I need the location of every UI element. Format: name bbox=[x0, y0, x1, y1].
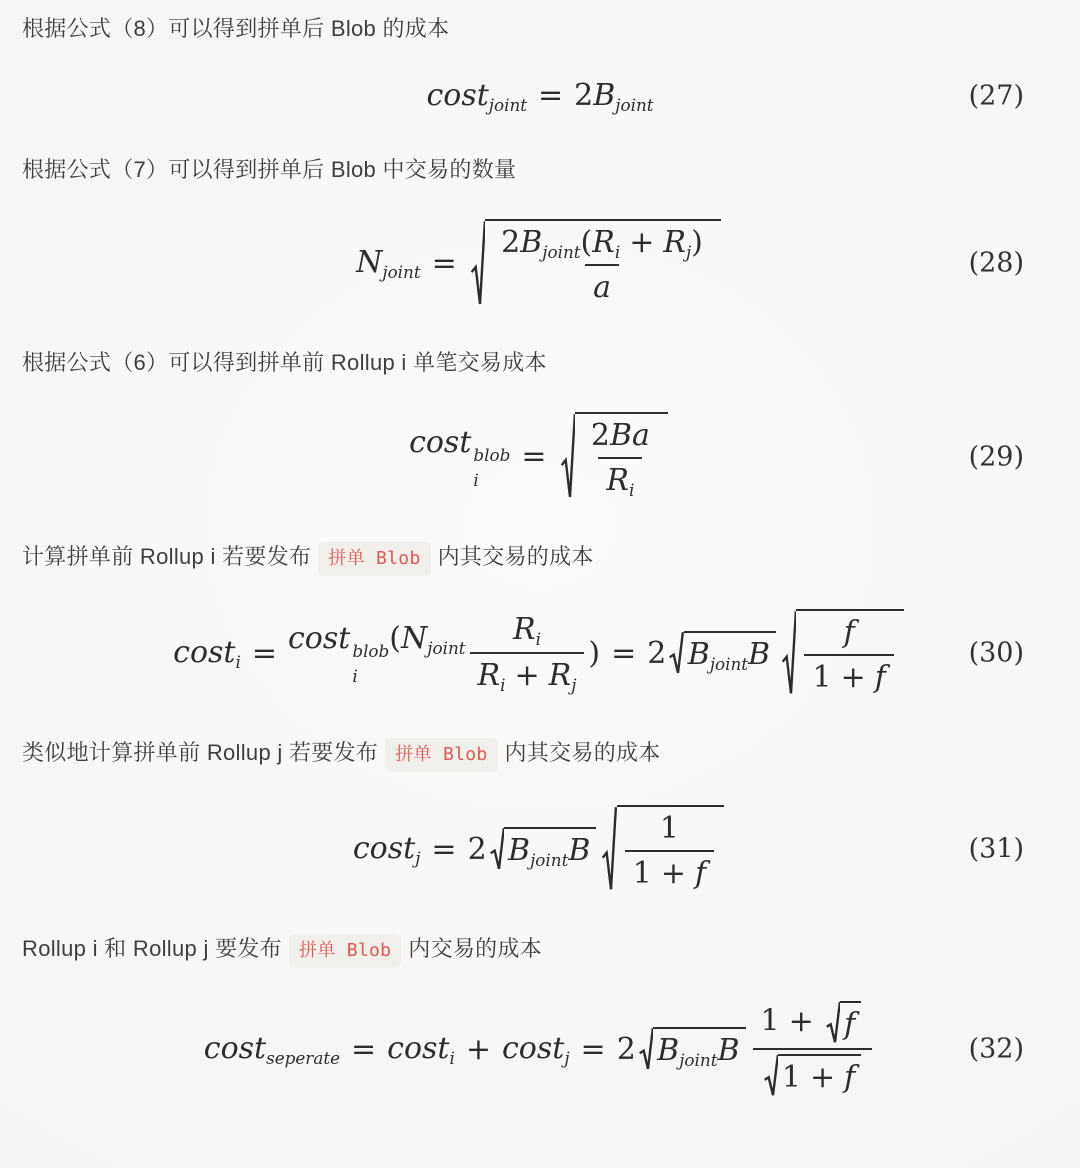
math-var: f bbox=[844, 1007, 855, 1042]
equation-row-28: Njoint = 2Bjoint(Ri+Rj) a (28) bbox=[22, 219, 1058, 308]
equation-29: costblobi = 2Ba Ri bbox=[409, 412, 671, 501]
math-num: 1 bbox=[660, 811, 679, 846]
fraction-numerator: f bbox=[836, 615, 863, 654]
fraction-numerator: 1 bbox=[652, 811, 687, 850]
sqrt-radicand: 2Ba Ri bbox=[575, 412, 668, 501]
math-num: 2 bbox=[617, 1032, 636, 1067]
math-sub: joint bbox=[530, 850, 568, 870]
math-var: R bbox=[606, 463, 629, 498]
math-sup: blob bbox=[352, 643, 389, 660]
math-var: B bbox=[688, 637, 710, 672]
equation-number: (28) bbox=[969, 248, 1024, 279]
math-num: 1 bbox=[782, 1060, 801, 1095]
math-term: costj bbox=[353, 831, 421, 867]
math-sub: i bbox=[473, 472, 478, 489]
math-op: = bbox=[581, 1032, 606, 1067]
sqrt-radical-icon bbox=[639, 1027, 653, 1071]
math-supsub: blobi bbox=[473, 447, 510, 489]
math-var: R bbox=[549, 658, 572, 693]
paragraph-4: 计算拼单前 Rollup i 若要发布拼单 Blob内其交易的成本 bbox=[22, 540, 1058, 576]
inline-code-chip: 拼单 Blob bbox=[318, 542, 430, 576]
math-paren: ( bbox=[581, 225, 593, 260]
math-op: = bbox=[538, 78, 563, 113]
equation-row-32: costseperate = costi + costj = 2 BjointB… bbox=[22, 1001, 1058, 1097]
math-num: 2 bbox=[501, 225, 520, 260]
fraction: 1 1+f bbox=[625, 811, 714, 891]
math-num: 2 bbox=[647, 636, 666, 671]
math-term: costjoint bbox=[426, 78, 527, 114]
math-paren: ) bbox=[691, 225, 703, 260]
math-supsub: blobi bbox=[352, 643, 389, 685]
paragraph-text: 内交易的成本 bbox=[408, 936, 542, 961]
paragraph-5: 类似地计算拼单前 Rollup j 若要发布拼单 Blob内其交易的成本 bbox=[22, 736, 1058, 772]
sqrt-radicand: 1 1+f bbox=[617, 805, 724, 893]
math-sub: i bbox=[629, 480, 634, 500]
math-term: costseperate bbox=[204, 1031, 340, 1067]
square-root: 1+f bbox=[764, 1054, 862, 1097]
equation-28: Njoint = 2Bjoint(Ri+Rj) a bbox=[356, 219, 724, 308]
math-op: + bbox=[466, 1032, 491, 1067]
math-sub: joint bbox=[679, 1050, 717, 1070]
sqrt-radicand: 2Bjoint(Ri+Rj) a bbox=[485, 219, 721, 308]
paragraph-text: 根据公式（8）可以得到拼单后 Blob 的成本 bbox=[22, 16, 449, 41]
math-var: a bbox=[632, 418, 650, 453]
math-op: = bbox=[611, 636, 636, 671]
sqrt-radicand: BjointB bbox=[504, 827, 596, 871]
math-term: 2Bjoint bbox=[574, 78, 653, 114]
math-term: costblobi(Njoint bbox=[288, 621, 466, 685]
math-op: = bbox=[431, 832, 456, 867]
math-var: cost bbox=[502, 1031, 564, 1066]
math-var: B bbox=[748, 637, 770, 672]
math-var: cost bbox=[173, 635, 235, 670]
paragraph-text: 内其交易的成本 bbox=[438, 544, 594, 569]
math-var: B bbox=[610, 418, 632, 453]
square-root: f 1+f bbox=[782, 609, 904, 697]
math-op: = bbox=[521, 439, 546, 474]
fraction-numerator: 2Ba bbox=[583, 418, 658, 457]
math-var: R bbox=[663, 225, 686, 260]
sqrt-radical-icon bbox=[764, 1054, 778, 1097]
equation-31: costj = 2 BjointB 1 1+f bbox=[353, 805, 727, 893]
fraction: 1+f 1+f bbox=[753, 1001, 873, 1097]
math-sub: joint bbox=[427, 638, 465, 658]
square-root: 1 1+f bbox=[602, 805, 724, 893]
math-sub: i bbox=[352, 668, 357, 685]
math-paren: ) bbox=[588, 636, 600, 671]
paragraph-2: 根据公式（7）可以得到拼单后 Blob 中交易的数量 bbox=[22, 153, 1058, 186]
paragraph-text: 计算拼单前 Rollup i 若要发布 bbox=[22, 544, 311, 569]
math-sub: i bbox=[615, 242, 620, 262]
math-var: cost bbox=[426, 78, 488, 113]
math-sub: joint bbox=[615, 95, 653, 115]
math-var: B bbox=[568, 833, 590, 868]
math-var: N bbox=[356, 245, 382, 280]
math-paren: ) bbox=[588, 636, 600, 671]
math-var: B bbox=[657, 1033, 679, 1068]
math-var: f bbox=[695, 856, 706, 891]
math-var: cost bbox=[353, 831, 415, 866]
math-sub: i bbox=[235, 652, 240, 672]
math-op: = bbox=[351, 1032, 376, 1067]
sqrt-radicand: f bbox=[840, 1001, 861, 1044]
math-var: a bbox=[593, 270, 611, 305]
equation-row-27: costjoint = 2Bjoint (27) bbox=[22, 78, 1058, 114]
sqrt-radicand: BjointB bbox=[653, 1027, 745, 1071]
fraction-numerator: Ri bbox=[505, 612, 549, 652]
sqrt-radical-icon bbox=[602, 805, 616, 893]
math-num: 1 bbox=[633, 856, 652, 891]
equation-number: (30) bbox=[969, 638, 1024, 669]
math-op: = bbox=[252, 636, 277, 671]
math-sub: joint bbox=[489, 95, 527, 115]
fraction: 2Bjoint(Ri+Rj) a bbox=[493, 225, 711, 306]
equation-number: (29) bbox=[969, 441, 1024, 472]
square-root: BjointB bbox=[490, 827, 597, 871]
math-var: cost bbox=[387, 1031, 449, 1066]
math-var: R bbox=[592, 225, 615, 260]
math-term: costi bbox=[173, 635, 241, 671]
fraction-denominator: 1+f bbox=[804, 654, 893, 695]
equation-27: costjoint = 2Bjoint bbox=[426, 78, 653, 114]
math-var: B bbox=[520, 225, 542, 260]
sqrt-radicand: 1+f bbox=[778, 1054, 861, 1097]
equation-32: costseperate = costi + costj = 2 BjointB… bbox=[204, 1001, 876, 1097]
math-op: + bbox=[789, 1004, 814, 1039]
fraction: 2Ba Ri bbox=[583, 418, 658, 499]
paragraph-text: 根据公式（7）可以得到拼单后 Blob 中交易的数量 bbox=[22, 157, 516, 182]
math-term: costblobi bbox=[409, 425, 510, 489]
paragraph-text: 根据公式（6）可以得到拼单前 Rollup i 单笔交易成本 bbox=[22, 350, 547, 375]
math-var: f bbox=[844, 615, 855, 650]
sqrt-radical-icon bbox=[471, 219, 485, 308]
math-sub: seperate bbox=[266, 1048, 340, 1068]
equation-number: (27) bbox=[969, 80, 1024, 111]
math-sub: j bbox=[415, 848, 420, 868]
math-var: f bbox=[844, 1060, 855, 1095]
math-sup: blob bbox=[473, 447, 510, 464]
math-term: Njoint bbox=[356, 245, 420, 281]
fraction-numerator: 2Bjoint(Ri+Rj) bbox=[493, 225, 711, 265]
math-num: 2 bbox=[647, 636, 666, 671]
math-sub: i bbox=[536, 629, 541, 649]
math-sub: joint bbox=[542, 242, 580, 262]
math-var: B bbox=[717, 1033, 739, 1068]
equation-row-29: costblobi = 2Ba Ri (29) bbox=[22, 412, 1058, 501]
math-term: costi bbox=[387, 1031, 455, 1067]
fraction-denominator: 1+f bbox=[753, 1048, 873, 1097]
math-sub: j bbox=[571, 675, 576, 695]
math-var: f bbox=[875, 660, 886, 695]
math-sub: i bbox=[449, 1048, 454, 1068]
math-num: 2 bbox=[574, 78, 593, 113]
math-var: R bbox=[478, 658, 501, 693]
fraction-denominator: Ri+Rj bbox=[470, 652, 585, 694]
math-var: cost bbox=[409, 425, 471, 460]
math-var: cost bbox=[204, 1031, 266, 1066]
math-num: 2 bbox=[591, 418, 610, 453]
math-sub: joint bbox=[382, 262, 420, 282]
math-op: + bbox=[661, 856, 686, 891]
math-num: 2 bbox=[617, 1032, 636, 1067]
math-var: R bbox=[513, 612, 536, 647]
equation-row-30: costi = costblobi(Njoint Ri Ri+Rj ) = 2 … bbox=[22, 609, 1058, 697]
math-var: N bbox=[401, 621, 427, 656]
math-num: 1 bbox=[761, 1004, 780, 1039]
square-root: 2Bjoint(Ri+Rj) a bbox=[471, 219, 721, 308]
paragraph-text: 内其交易的成本 bbox=[505, 740, 661, 765]
sqrt-radical-icon bbox=[826, 1001, 840, 1044]
paragraph-1: 根据公式（8）可以得到拼单后 Blob 的成本 bbox=[22, 12, 1058, 45]
article-content: 根据公式（8）可以得到拼单后 Blob 的成本 costjoint = 2Bjo… bbox=[0, 0, 1080, 1097]
fraction-denominator: 1+f bbox=[625, 850, 714, 891]
inline-code-chip: 拼单 Blob bbox=[289, 934, 401, 968]
equation-30: costi = costblobi(Njoint Ri Ri+Rj ) = 2 … bbox=[173, 609, 907, 697]
sqrt-radical-icon bbox=[490, 827, 504, 871]
paragraph-6: Rollup i 和 Rollup j 要发布拼单 Blob内交易的成本 bbox=[22, 932, 1058, 968]
fraction: f 1+f bbox=[804, 615, 893, 695]
square-root: 2Ba Ri bbox=[561, 412, 668, 501]
equation-number: (32) bbox=[969, 1034, 1024, 1065]
square-root: BjointB bbox=[669, 631, 776, 675]
math-op: + bbox=[629, 225, 654, 260]
math-op: = bbox=[432, 246, 457, 281]
math-var: cost bbox=[288, 621, 350, 656]
math-var: B bbox=[593, 78, 615, 113]
equation-number: (31) bbox=[969, 834, 1024, 865]
math-num: 1 bbox=[812, 660, 831, 695]
math-term: costj bbox=[502, 1031, 570, 1067]
math-paren: ( bbox=[389, 621, 401, 656]
math-sub: joint bbox=[710, 654, 748, 674]
fraction-denominator: Ri bbox=[598, 457, 642, 499]
paragraph-text: Rollup i 和 Rollup j 要发布 bbox=[22, 936, 282, 961]
math-num: 2 bbox=[468, 832, 487, 867]
equation-row-31: costj = 2 BjointB 1 1+f (31) bbox=[22, 805, 1058, 893]
square-root: f bbox=[826, 1001, 862, 1044]
math-var: B bbox=[508, 833, 530, 868]
math-sub: i bbox=[500, 675, 505, 695]
fraction-numerator: 1+f bbox=[753, 1001, 873, 1048]
sqrt-radical-icon bbox=[782, 609, 796, 697]
inline-code-chip: 拼单 Blob bbox=[385, 738, 497, 772]
math-op: + bbox=[810, 1060, 835, 1095]
math-num: 2 bbox=[468, 832, 487, 867]
math-op: + bbox=[514, 658, 539, 693]
paragraph-3: 根据公式（6）可以得到拼单前 Rollup i 单笔交易成本 bbox=[22, 346, 1058, 379]
fraction-denominator: a bbox=[585, 264, 619, 305]
sqrt-radical-icon bbox=[561, 412, 575, 501]
square-root: BjointB bbox=[639, 1027, 746, 1071]
sqrt-radicand: BjointB bbox=[684, 631, 776, 675]
paragraph-text: 类似地计算拼单前 Rollup j 若要发布 bbox=[22, 740, 378, 765]
fraction: Ri Ri+Rj bbox=[470, 612, 585, 693]
math-sub: j bbox=[564, 1048, 569, 1068]
math-op: + bbox=[841, 660, 866, 695]
sqrt-radical-icon bbox=[669, 631, 683, 675]
sqrt-radicand: f 1+f bbox=[796, 609, 903, 697]
